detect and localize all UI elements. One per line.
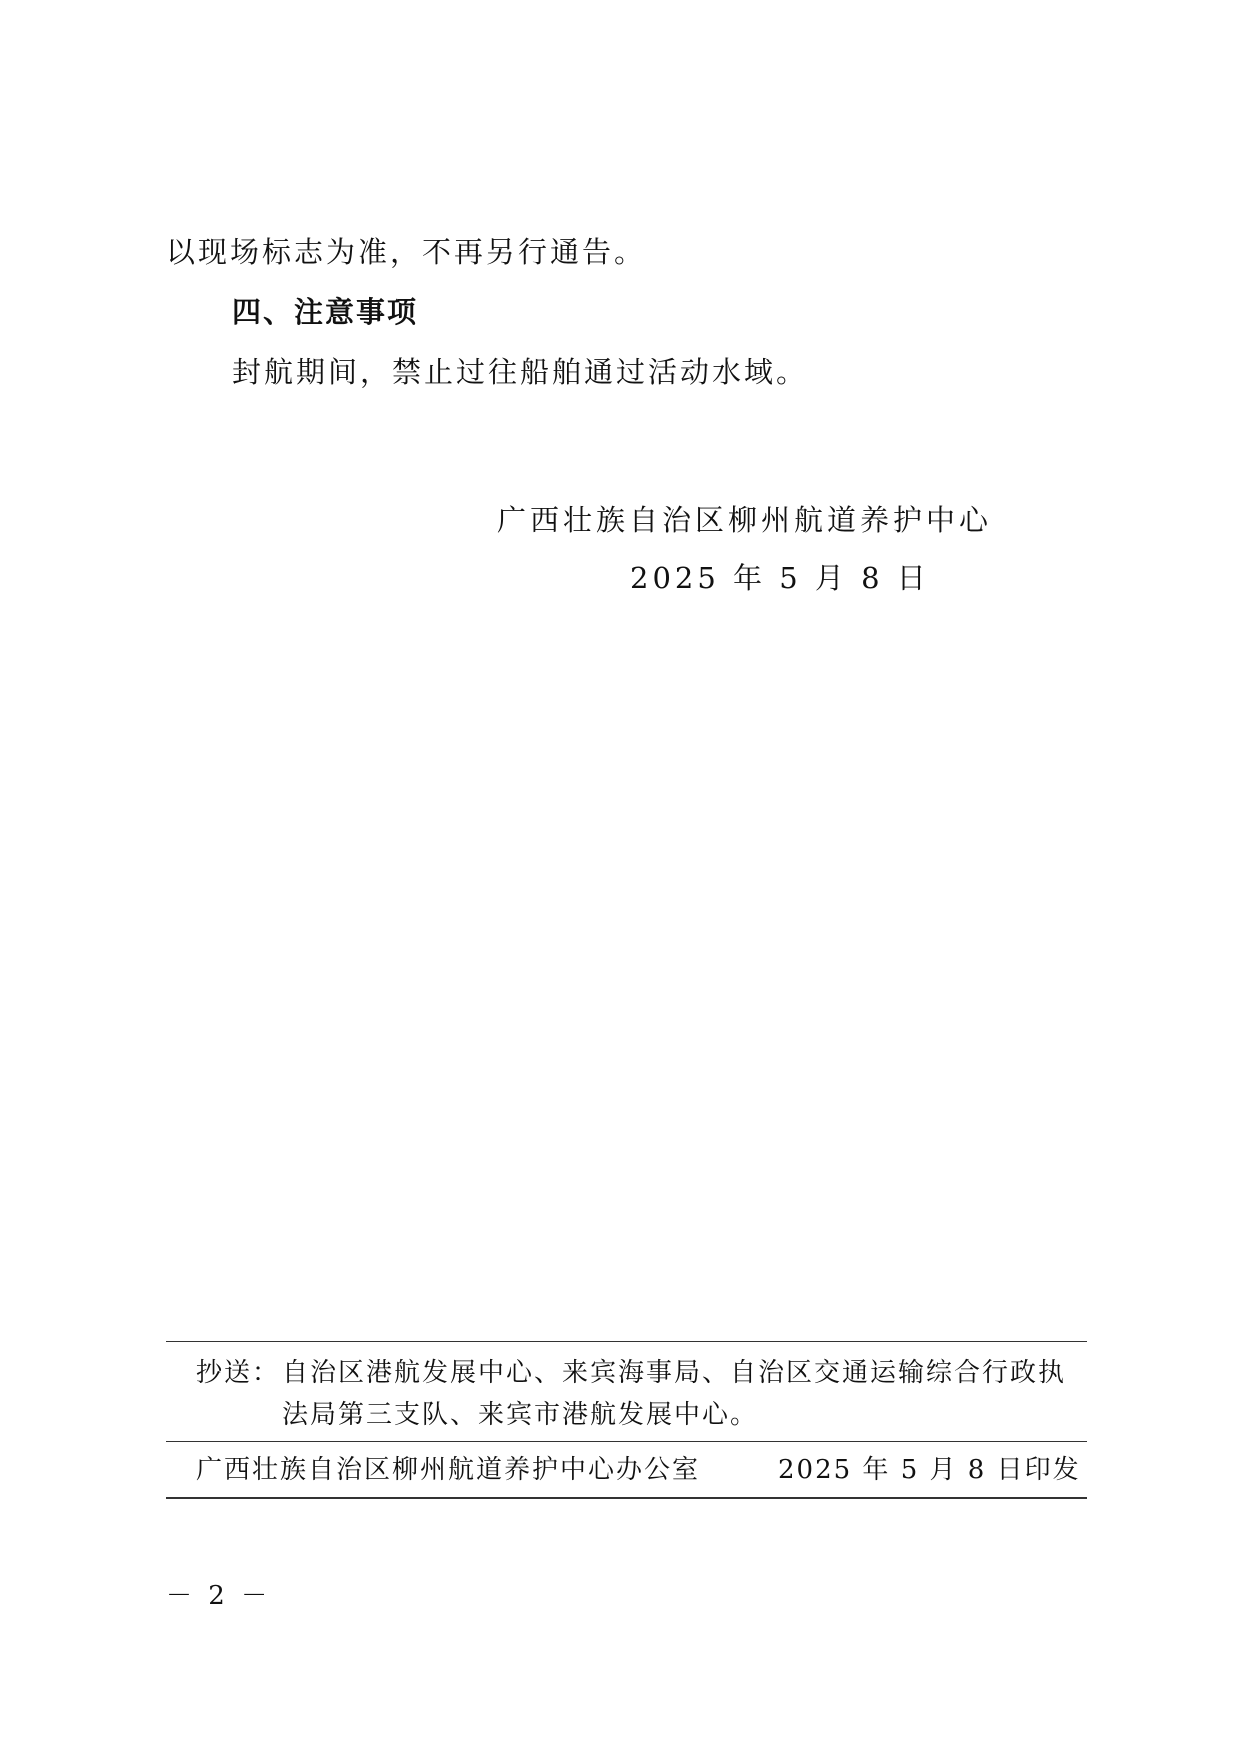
footer-middle-rule [166, 1441, 1087, 1442]
issuer-office: 广西壮族自治区柳州航道养护中心办公室 [196, 1452, 700, 1488]
signature-organization: 广西壮族自治区柳州航道养护中心 [497, 500, 992, 540]
section-paragraph: 封航期间，禁止过往船舶通过活动水域。 [232, 352, 808, 392]
cc-recipients-line-2: 法局第三支队、来宾市港航发展中心。 [282, 1397, 758, 1433]
section-heading: 四、注意事项 [232, 292, 418, 332]
footer-top-rule [166, 1341, 1087, 1342]
body-paragraph-continuation: 以现场标志为准，不再另行通告。 [166, 232, 646, 272]
cc-label: 抄送： [196, 1355, 280, 1391]
signature-date: 2025 年 5 月 8 日 [630, 558, 930, 598]
page-number: － 2 － [166, 1576, 271, 1616]
issue-date: 2025 年 5 月 8 日印发 [778, 1452, 1081, 1488]
footer-bottom-rule [166, 1497, 1087, 1499]
cc-recipients-line-1: 自治区港航发展中心、来宾海事局、自治区交通运输综合行政执 [282, 1355, 1066, 1391]
